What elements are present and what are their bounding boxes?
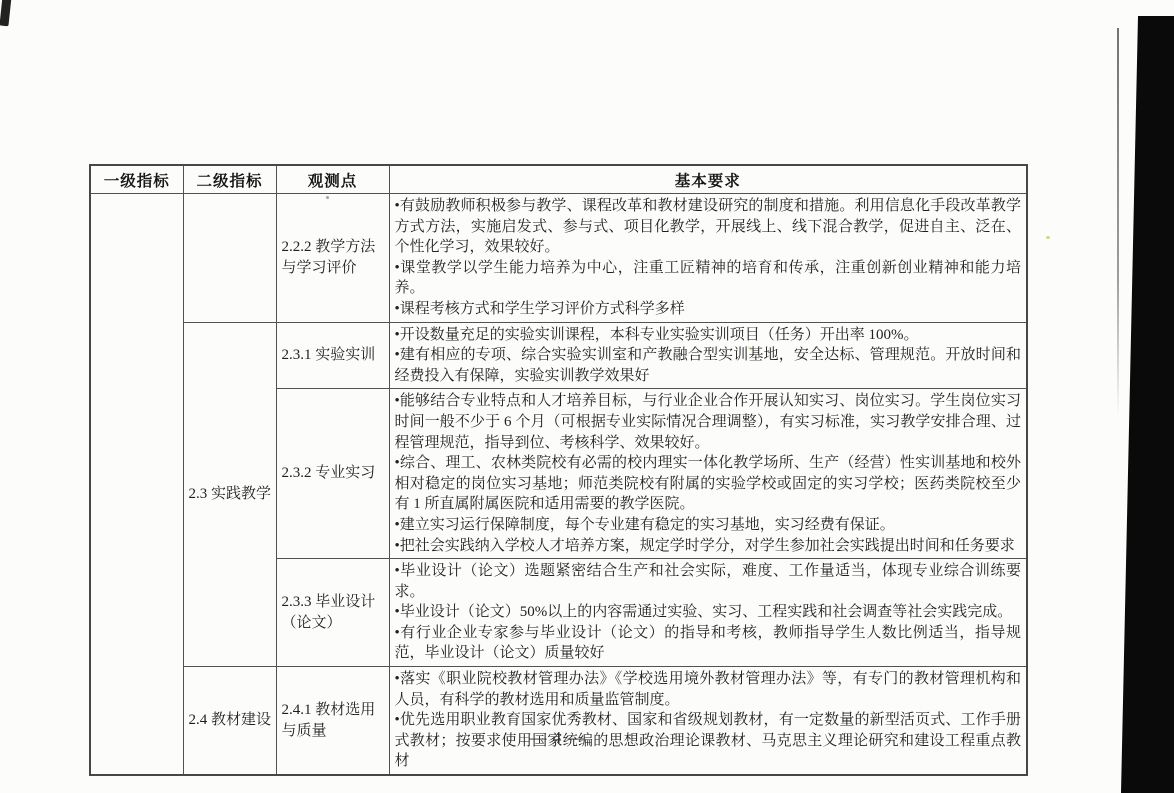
observation-cell: 2.3.2 专业实习 [276,389,389,559]
observation-cell: 2.3.1 实验实训 [276,322,389,389]
requirement-item: •落实《职业院校教材管理办法》《学校选用境外教材管理办法》等，有专门的教材管理机… [395,669,1022,710]
scanned-page: 一级指标 二级指标 观测点 基本要求 2.2.2 教学方法与学习评价 •有鼓励教… [0,0,1174,793]
column-header-requirements: 基本要求 [389,165,1027,194]
requirements-cell: •有鼓励教师积极参与教学、课程改革和教材建设研究的制度和措施。利用信息化手段改革… [389,194,1027,323]
requirement-item: •把社会实践纳入学校人才培养方案，规定学时学分，对学生参加社会实践提出时间和任务… [395,536,1022,557]
level2-cell: 2.3 实践教学 [183,322,276,667]
requirement-item: •建有相应的专项、综合实验实训室和产教融合型实训基地，安全达标、管理规范。开放时… [395,345,1022,386]
scan-corner-artifact [0,0,12,26]
level1-cell [90,194,183,776]
table-row: 2.4 教材建设 2.4.1 教材选用与质量 •落实《职业院校教材管理办法》《学… [90,667,1027,775]
column-header-level1: 一级指标 [90,165,183,194]
page-edge-shadow [1117,28,1119,416]
level2-cell [183,194,276,323]
requirement-item: •开设数量充足的实验实训课程，本科专业实验实训项目（任务）开出率 100%。 [395,325,1022,346]
observation-cell: 2.3.3 毕业设计（论文） [276,559,389,667]
page-number: — 4 — [89,728,1026,748]
column-header-observation: 观测点 [276,165,389,194]
observation-cell: 2.4.1 教材选用与质量 [276,667,389,775]
requirement-item: •有鼓励教师积极参与教学、课程改革和教材建设研究的制度和措施。利用信息化手段改革… [395,196,1022,258]
requirement-item: •有行业企业专家参与毕业设计（论文）的指导和考核，教师指导学生人数比例适当，指导… [395,623,1022,664]
requirement-item: •毕业设计（论文）50%以上的内容需通过实验、实习、工程实践和社会调查等社会实践… [395,602,1022,623]
scan-black-bar [1115,16,1174,793]
table-row: 2.3 实践教学 2.3.1 实验实训 •开设数量充足的实验实训课程，本科专业实… [90,322,1027,389]
observation-cell: 2.2.2 教学方法与学习评价 [276,194,389,323]
column-header-level2: 二级指标 [183,165,276,194]
requirement-item: •综合、理工、农林类院校有必需的校内理实一体化教学场所、生产（经营）性实训基地和… [395,453,1022,515]
requirements-cell: •落实《职业院校教材管理办法》《学校选用境外教材管理办法》等，有专门的教材管理机… [389,667,1027,775]
requirement-item: •课堂教学以学生能力培养为中心，注重工匠精神的培育和传承，注重创新创业精神和能力… [395,258,1022,299]
requirements-cell: •开设数量充足的实验实训课程，本科专业实验实训项目（任务）开出率 100%。 •… [389,322,1027,389]
evaluation-indicator-table: 一级指标 二级指标 观测点 基本要求 2.2.2 教学方法与学习评价 •有鼓励教… [89,164,1028,776]
table-row: 2.2.2 教学方法与学习评价 •有鼓励教师积极参与教学、课程改革和教材建设研究… [90,194,1027,323]
requirement-item: •建立实习运行保障制度，每个专业建有稳定的实习基地，实习经费有保证。 [395,515,1022,536]
requirement-item: •能够结合专业特点和人才培养目标，与行业企业合作开展认知实习、岗位实习。学生岗位… [395,391,1022,453]
scan-speck [1046,236,1050,239]
requirements-cell: •毕业设计（论文）选题紧密结合生产和社会实际，难度、工作量适当，体现专业综合训练… [389,559,1027,667]
requirement-item: •课程考核方式和学生学习评价方式科学多样 [395,299,1022,320]
header-row: 一级指标 二级指标 观测点 基本要求 [90,165,1027,194]
level2-cell: 2.4 教材建设 [183,667,276,775]
requirement-item: •毕业设计（论文）选题紧密结合生产和社会实际，难度、工作量适当，体现专业综合训练… [395,561,1022,602]
requirements-cell: •能够结合专业特点和人才培养目标，与行业企业合作开展认知实习、岗位实习。学生岗位… [389,389,1027,559]
